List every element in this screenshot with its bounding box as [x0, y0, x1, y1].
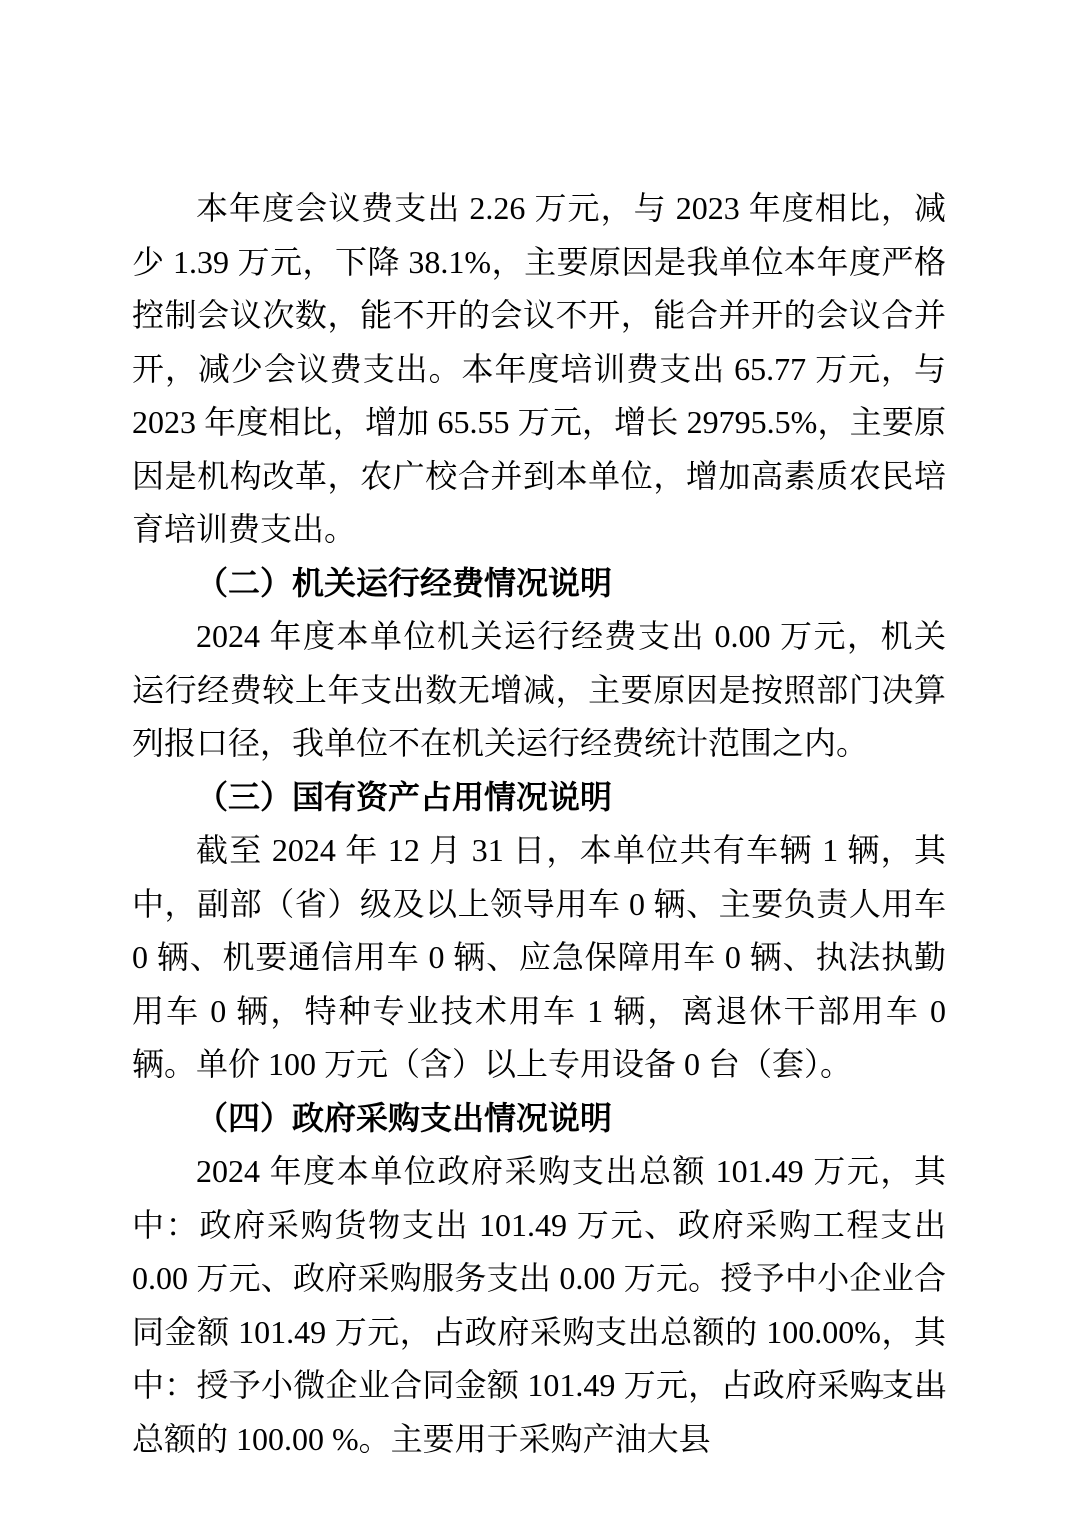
paragraph-meeting-and-training-fees: 本年度会议费支出 2.26 万元，与 2023 年度相比，减少 1.39 万元，… [132, 182, 946, 557]
heading-section-4-government-procurement: （四）政府采购支出情况说明 [132, 1092, 946, 1146]
paragraph-state-assets: 截至 2024 年 12 月 31 日，本单位共有车辆 1 辆，其中，副部（省）… [132, 824, 946, 1092]
heading-section-3-state-assets: （三）国有资产占用情况说明 [132, 771, 946, 825]
paragraph-government-procurement: 2024 年度本单位政府采购支出总额 101.49 万元，其中：政府采购货物支出… [132, 1145, 946, 1466]
paragraph-operating-funds: 2024 年度本单位机关运行经费支出 0.00 万元，机关运行经费较上年支出数无… [132, 610, 946, 771]
page-number: — 7 — [856, 1372, 947, 1404]
document-page: 本年度会议费支出 2.26 万元，与 2023 年度相比，减少 1.39 万元，… [0, 0, 1075, 1520]
document-body: 本年度会议费支出 2.26 万元，与 2023 年度相比，减少 1.39 万元，… [132, 182, 946, 1466]
heading-section-2-operating-funds: （二）机关运行经费情况说明 [132, 557, 946, 611]
